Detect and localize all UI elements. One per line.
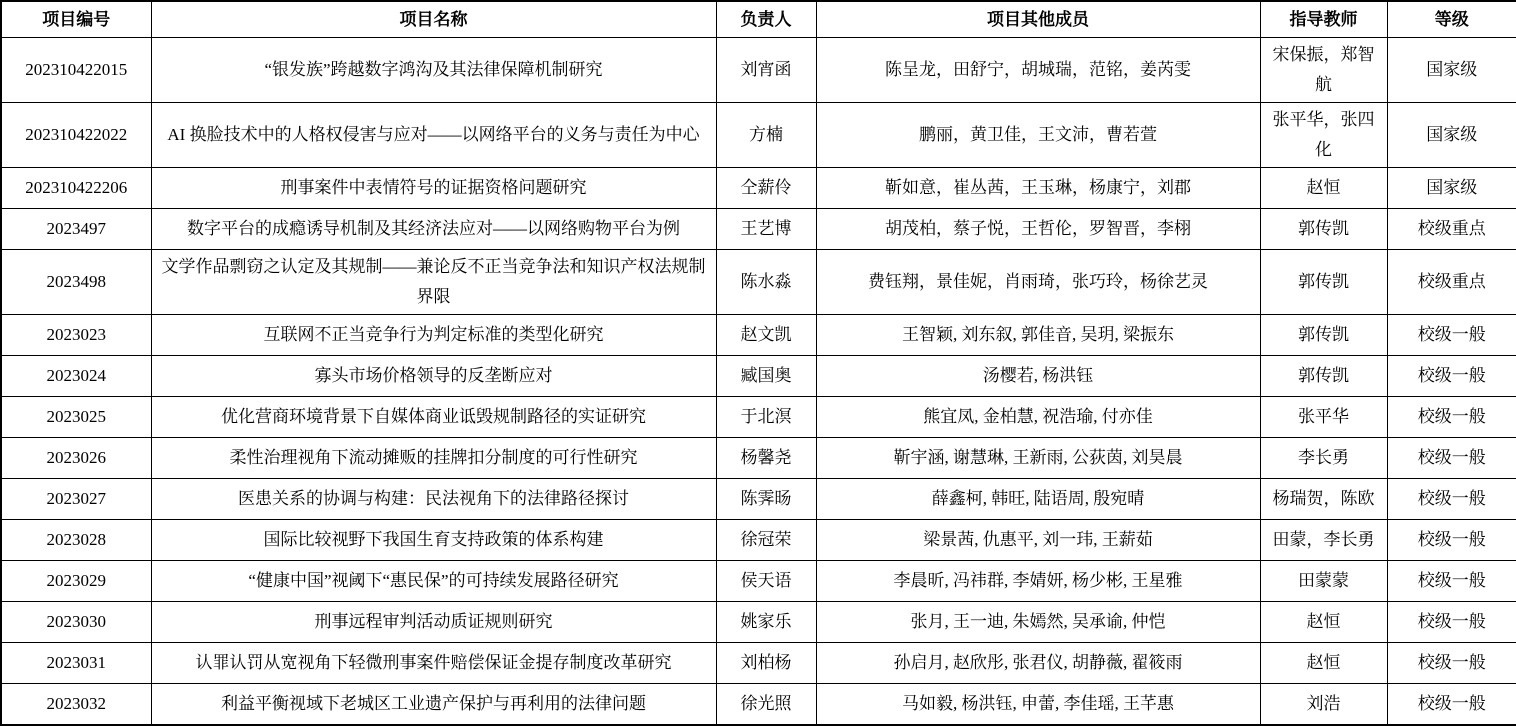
cell-advisor: 郭传凯 [1260, 356, 1387, 397]
cell-advisor: 田蒙蒙 [1260, 561, 1387, 602]
cell-project-name: 刑事案件中表情符号的证据资格问题研究 [151, 168, 716, 209]
cell-project-id: 2023027 [1, 479, 151, 520]
cell-advisor: 张平华 [1260, 397, 1387, 438]
cell-level: 国家级 [1387, 103, 1516, 168]
table-body: 202310422015“银发族”跨越数字鸿沟及其法律保障机制研究刘宵函陈呈龙，… [1, 38, 1516, 725]
cell-level: 校级一般 [1387, 561, 1516, 602]
cell-level: 校级一般 [1387, 684, 1516, 725]
cell-advisor: 田蒙，李长勇 [1260, 520, 1387, 561]
cell-project-id: 2023024 [1, 356, 151, 397]
projects-table: 项目编号 项目名称 负责人 项目其他成员 指导教师 等级 20231042201… [0, 0, 1516, 726]
cell-leader: 刘柏杨 [716, 643, 816, 684]
table-header-row: 项目编号 项目名称 负责人 项目其他成员 指导教师 等级 [1, 1, 1516, 38]
cell-project-name: 刑事远程审判活动质证规则研究 [151, 602, 716, 643]
cell-project-id: 2023026 [1, 438, 151, 479]
cell-project-id: 2023497 [1, 209, 151, 250]
table-row: 2023027医患关系的协调与构建：民法视角下的法律路径探讨陈霁旸薛鑫柯, 韩旺… [1, 479, 1516, 520]
cell-project-id: 2023029 [1, 561, 151, 602]
column-header-members: 项目其他成员 [816, 1, 1260, 38]
cell-leader: 臧国奥 [716, 356, 816, 397]
cell-level: 校级重点 [1387, 209, 1516, 250]
cell-project-id: 2023025 [1, 397, 151, 438]
table-row: 2023028国际比较视野下我国生育支持政策的体系构建徐冠荣梁景茜, 仇惠平, … [1, 520, 1516, 561]
cell-level: 国家级 [1387, 168, 1516, 209]
cell-project-name: AI 换脸技术中的人格权侵害与应对——以网络平台的义务与责任为中心 [151, 103, 716, 168]
cell-members: 李晨昕, 冯祎群, 李婧妍, 杨少彬, 王星雅 [816, 561, 1260, 602]
cell-members: 费钰翔，景佳妮，肖雨琦，张巧玲，杨徐艺灵 [816, 250, 1260, 315]
cell-advisor: 郭传凯 [1260, 209, 1387, 250]
column-header-advisor: 指导教师 [1260, 1, 1387, 38]
column-header-level: 等级 [1387, 1, 1516, 38]
cell-leader: 徐光照 [716, 684, 816, 725]
cell-leader: 于北溟 [716, 397, 816, 438]
cell-leader: 刘宵函 [716, 38, 816, 103]
cell-leader: 仝薪伶 [716, 168, 816, 209]
cell-project-name: 利益平衡视域下老城区工业遗产保护与再利用的法律问题 [151, 684, 716, 725]
table-row: 202310422206刑事案件中表情符号的证据资格问题研究仝薪伶靳如意，崔丛茜… [1, 168, 1516, 209]
table-row: 2023498文学作品剽窃之认定及其规制——兼论反不正当竞争法和知识产权法规制界… [1, 250, 1516, 315]
cell-project-name: 柔性治理视角下流动摊贩的挂牌扣分制度的可行性研究 [151, 438, 716, 479]
cell-project-id: 2023032 [1, 684, 151, 725]
cell-members: 薛鑫柯, 韩旺, 陆语周, 殷宛晴 [816, 479, 1260, 520]
cell-project-name: “健康中国”视阈下“惠民保”的可持续发展路径研究 [151, 561, 716, 602]
cell-level: 校级一般 [1387, 520, 1516, 561]
cell-advisor: 郭传凯 [1260, 315, 1387, 356]
column-header-project-name: 项目名称 [151, 1, 716, 38]
cell-project-id: 202310422206 [1, 168, 151, 209]
projects-table-container: 项目编号 项目名称 负责人 项目其他成员 指导教师 等级 20231042201… [0, 0, 1516, 726]
cell-leader: 侯天语 [716, 561, 816, 602]
cell-advisor: 刘浩 [1260, 684, 1387, 725]
cell-project-id: 2023498 [1, 250, 151, 315]
table-row: 2023029“健康中国”视阈下“惠民保”的可持续发展路径研究侯天语李晨昕, 冯… [1, 561, 1516, 602]
cell-advisor: 赵恒 [1260, 168, 1387, 209]
cell-project-name: 寡头市场价格领导的反垄断应对 [151, 356, 716, 397]
table-row: 2023024寡头市场价格领导的反垄断应对臧国奥汤樱若, 杨洪钰郭传凯校级一般 [1, 356, 1516, 397]
column-header-leader: 负责人 [716, 1, 816, 38]
cell-project-id: 2023031 [1, 643, 151, 684]
cell-level: 校级一般 [1387, 397, 1516, 438]
table-row: 202310422015“银发族”跨越数字鸿沟及其法律保障机制研究刘宵函陈呈龙，… [1, 38, 1516, 103]
cell-leader: 赵文凯 [716, 315, 816, 356]
cell-level: 校级一般 [1387, 315, 1516, 356]
cell-members: 胡茂柏，蔡子悦，王哲伦，罗智晋，李栩 [816, 209, 1260, 250]
cell-level: 国家级 [1387, 38, 1516, 103]
cell-advisor: 杨瑞贺，陈欧 [1260, 479, 1387, 520]
cell-project-name: “银发族”跨越数字鸿沟及其法律保障机制研究 [151, 38, 716, 103]
cell-advisor: 郭传凯 [1260, 250, 1387, 315]
table-row: 2023497数字平台的成瘾诱导机制及其经济法应对——以网络购物平台为例王艺博胡… [1, 209, 1516, 250]
cell-level: 校级一般 [1387, 643, 1516, 684]
cell-leader: 陈水淼 [716, 250, 816, 315]
cell-project-name: 文学作品剽窃之认定及其规制——兼论反不正当竞争法和知识产权法规制界限 [151, 250, 716, 315]
cell-project-id: 202310422022 [1, 103, 151, 168]
cell-level: 校级重点 [1387, 250, 1516, 315]
cell-project-id: 2023028 [1, 520, 151, 561]
cell-members: 马如毅, 杨洪钰, 申蕾, 李佳瑶, 王芊惠 [816, 684, 1260, 725]
cell-project-name: 优化营商环境背景下自媒体商业诋毁规制路径的实证研究 [151, 397, 716, 438]
cell-members: 靳如意，崔丛茜，王玉琳，杨康宁，刘郡 [816, 168, 1260, 209]
cell-members: 张月, 王一迪, 朱嫣然, 吴承谕, 仲恺 [816, 602, 1260, 643]
cell-members: 孙启月, 赵欣彤, 张君仪, 胡静薇, 翟筱雨 [816, 643, 1260, 684]
cell-members: 熊宜凤, 金柏慧, 祝浩瑜, 付亦佳 [816, 397, 1260, 438]
cell-level: 校级一般 [1387, 602, 1516, 643]
table-row: 202310422022AI 换脸技术中的人格权侵害与应对——以网络平台的义务与… [1, 103, 1516, 168]
cell-level: 校级一般 [1387, 438, 1516, 479]
cell-members: 汤樱若, 杨洪钰 [816, 356, 1260, 397]
cell-project-name: 互联网不正当竞争行为判定标准的类型化研究 [151, 315, 716, 356]
table-row: 2023031认罪认罚从宽视角下轻微刑事案件赔偿保证金提存制度改革研究刘柏杨孙启… [1, 643, 1516, 684]
column-header-project-id: 项目编号 [1, 1, 151, 38]
cell-leader: 徐冠荣 [716, 520, 816, 561]
cell-level: 校级一般 [1387, 479, 1516, 520]
cell-leader: 杨馨尧 [716, 438, 816, 479]
cell-advisor: 张平华，张四化 [1260, 103, 1387, 168]
cell-advisor: 李长勇 [1260, 438, 1387, 479]
cell-members: 陈呈龙，田舒宁，胡城瑞，范铭，姜芮雯 [816, 38, 1260, 103]
cell-project-id: 202310422015 [1, 38, 151, 103]
table-row: 2023030刑事远程审判活动质证规则研究姚家乐张月, 王一迪, 朱嫣然, 吴承… [1, 602, 1516, 643]
cell-project-name: 医患关系的协调与构建：民法视角下的法律路径探讨 [151, 479, 716, 520]
cell-advisor: 赵恒 [1260, 602, 1387, 643]
cell-leader: 方楠 [716, 103, 816, 168]
table-row: 2023032利益平衡视域下老城区工业遗产保护与再利用的法律问题徐光照马如毅, … [1, 684, 1516, 725]
cell-members: 梁景茜, 仇惠平, 刘一玮, 王薪茹 [816, 520, 1260, 561]
cell-members: 鹏丽，黄卫佳，王文沛，曹若萱 [816, 103, 1260, 168]
cell-project-name: 数字平台的成瘾诱导机制及其经济法应对——以网络购物平台为例 [151, 209, 716, 250]
cell-leader: 王艺博 [716, 209, 816, 250]
table-row: 2023023互联网不正当竞争行为判定标准的类型化研究赵文凯王智颖, 刘东叙, … [1, 315, 1516, 356]
cell-leader: 姚家乐 [716, 602, 816, 643]
cell-project-id: 2023023 [1, 315, 151, 356]
cell-members: 靳宇涵, 谢慧琳, 王新雨, 公荻茵, 刘昊晨 [816, 438, 1260, 479]
cell-project-name: 认罪认罚从宽视角下轻微刑事案件赔偿保证金提存制度改革研究 [151, 643, 716, 684]
cell-leader: 陈霁旸 [716, 479, 816, 520]
cell-level: 校级一般 [1387, 356, 1516, 397]
table-row: 2023026柔性治理视角下流动摊贩的挂牌扣分制度的可行性研究杨馨尧靳宇涵, 谢… [1, 438, 1516, 479]
table-row: 2023025优化营商环境背景下自媒体商业诋毁规制路径的实证研究于北溟熊宜凤, … [1, 397, 1516, 438]
cell-advisor: 赵恒 [1260, 643, 1387, 684]
cell-project-name: 国际比较视野下我国生育支持政策的体系构建 [151, 520, 716, 561]
cell-advisor: 宋保振，郑智航 [1260, 38, 1387, 103]
cell-members: 王智颖, 刘东叙, 郭佳音, 吴玥, 梁振东 [816, 315, 1260, 356]
cell-project-id: 2023030 [1, 602, 151, 643]
